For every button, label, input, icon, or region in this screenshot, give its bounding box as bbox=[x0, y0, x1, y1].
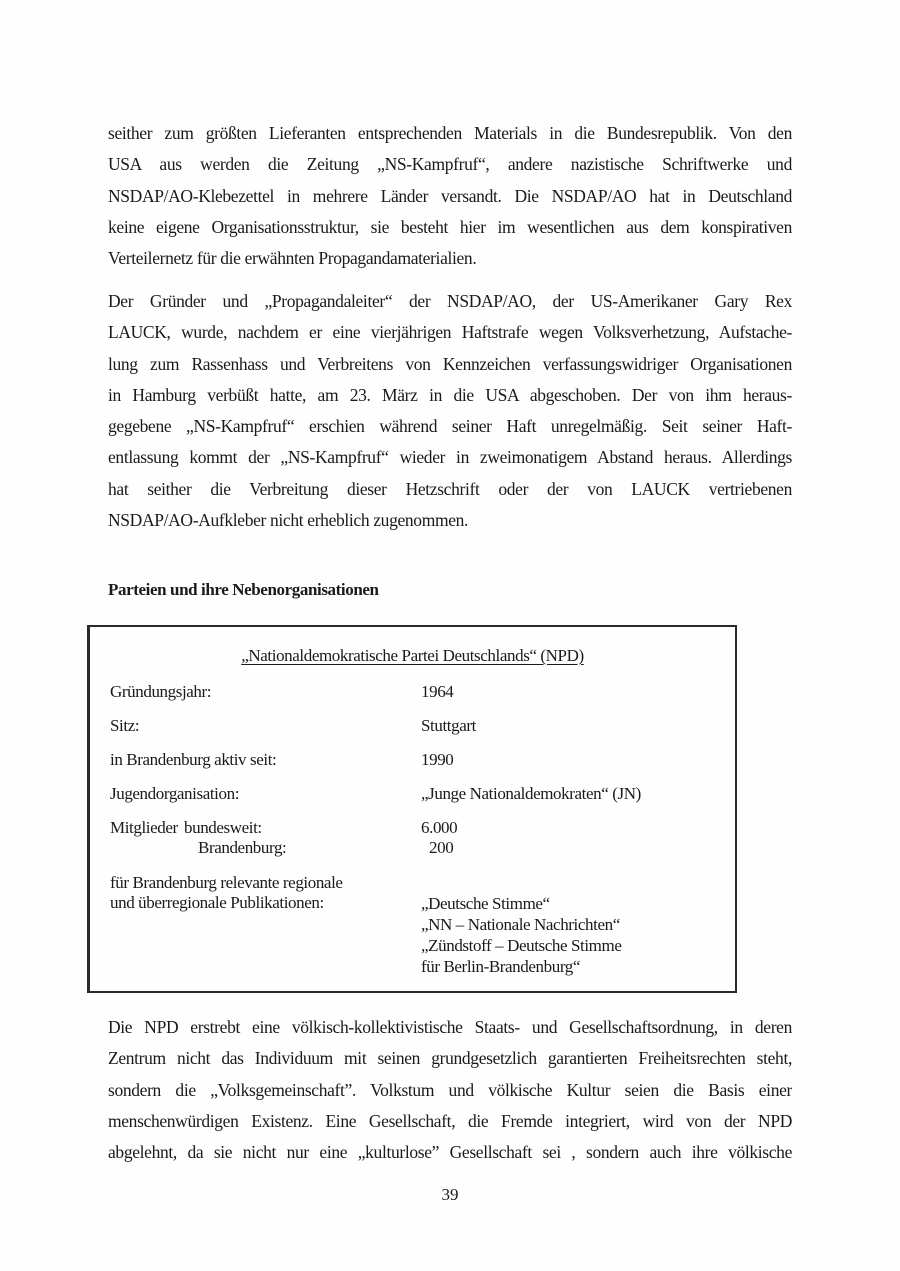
text-line: gegebene „NS-Kampfruf“ erschien während … bbox=[108, 411, 792, 442]
row-value: „Junge Nationaldemokraten“ (JN) bbox=[421, 784, 641, 804]
text-line: Verteilernetz für die erwähnten Propagan… bbox=[108, 243, 792, 274]
publications-label-line: für Brandenburg relevante regionale bbox=[110, 873, 343, 893]
members-national-value: 6.000 bbox=[421, 818, 457, 838]
row-label: Sitz: bbox=[110, 716, 139, 736]
text-line: seither zum größten Lieferanten entsprec… bbox=[108, 118, 792, 149]
page-number: 39 bbox=[0, 1185, 900, 1205]
members-label: Mitglieder bbox=[110, 818, 178, 838]
publication-item: „Zündstoff – Deutsche Stimme bbox=[421, 935, 621, 956]
text-line: menschenwürdigen Existenz. Eine Gesellsc… bbox=[108, 1106, 792, 1137]
paragraph-lauck: Der Gründer und „Propagandaleiter“ der N… bbox=[108, 286, 792, 536]
text-line: Zentrum nicht das Individuum mit seinen … bbox=[108, 1043, 792, 1074]
row-label: Jugendorganisation: bbox=[110, 784, 239, 804]
text-line: USA aus werden die Zeitung „NS-Kampfruf“… bbox=[108, 149, 792, 180]
publications-label-line: und überregionale Publikationen: bbox=[110, 893, 343, 913]
row-label: in Brandenburg aktiv seit: bbox=[110, 750, 276, 770]
members-regional-value: 200 bbox=[429, 838, 453, 858]
text-line: keine eigene Organisationsstruktur, sie … bbox=[108, 212, 792, 243]
text-line: lung zum Rassenhass und Verbreitens von … bbox=[108, 349, 792, 380]
text-line: Der Gründer und „Propagandaleiter“ der N… bbox=[108, 286, 792, 317]
row-value: 1964 bbox=[421, 682, 453, 702]
text-line: LAUCK, wurde, nachdem er eine vierjährig… bbox=[108, 317, 792, 348]
row-value: Stuttgart bbox=[421, 716, 476, 736]
publication-item: „NN – Nationale Nachrichten“ bbox=[421, 914, 621, 935]
npd-infobox: „Nationaldemokratische Partei Deutschlan… bbox=[87, 625, 737, 993]
paragraph-npd-ideology: Die NPD erstrebt eine völkisch-kollektiv… bbox=[108, 1012, 792, 1168]
text-line: entlassung kommt der „NS-Kampfruf“ wiede… bbox=[108, 442, 792, 473]
section-heading: Parteien und ihre Nebenorganisationen bbox=[108, 580, 379, 600]
members-national-label: bundesweit: bbox=[184, 818, 262, 838]
text-line: in Hamburg verbüßt hatte, am 23. März in… bbox=[108, 380, 792, 411]
publications-label: für Brandenburg relevante regionale und … bbox=[110, 873, 343, 913]
members-regional-label: Brandenburg: bbox=[198, 838, 286, 858]
text-line: NSDAP/AO-Aufkleber nicht erheblich zugen… bbox=[108, 505, 792, 536]
text-line: Die NPD erstrebt eine völkisch-kollektiv… bbox=[108, 1012, 792, 1043]
text-line: sondern die „Volksgemeinschaft”. Volkstu… bbox=[108, 1075, 792, 1106]
row-label: Gründungsjahr: bbox=[110, 682, 211, 702]
publication-item: „Deutsche Stimme“ bbox=[421, 893, 621, 914]
text-line: NSDAP/AO-Klebezettel in mehrere Länder v… bbox=[108, 181, 792, 212]
row-value: 1990 bbox=[421, 750, 453, 770]
text-line: abgelehnt, da sie nicht nur eine „kultur… bbox=[108, 1137, 792, 1168]
publications-list: „Deutsche Stimme“ „NN – Nationale Nachri… bbox=[421, 893, 621, 977]
publication-item: für Berlin-Brandenburg“ bbox=[421, 956, 621, 977]
infobox-title: „Nationaldemokratische Partei Deutschlan… bbox=[90, 646, 735, 666]
paragraph-nsdap-ao-distribution: seither zum größten Lieferanten entsprec… bbox=[108, 118, 792, 274]
text-line: hat seither die Verbreitung dieser Hetzs… bbox=[108, 474, 792, 505]
document-page: seither zum größten Lieferanten entsprec… bbox=[0, 0, 900, 1271]
